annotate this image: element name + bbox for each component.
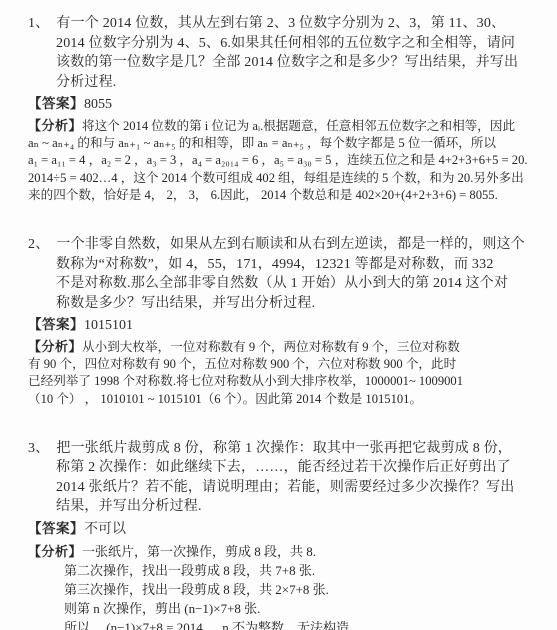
analysis-line: 【分析】一张纸片，第一次操作，剪成 8 段，共 8. (28, 542, 543, 561)
analysis-line: 所以， (n−1)×7+8 = 2014 ， n 不为整数，无法构造. (28, 618, 543, 630)
answer-value: 8055 (84, 97, 112, 112)
question-line: 不是对称数.那么全部非零自然数（从 1 开始）从小到大的第 2014 这个对 (28, 274, 543, 294)
analysis-block: 【分析】一张纸片，第一次操作，剪成 8 段，共 8. 第二次操作，找出一段剪成 … (28, 542, 543, 630)
analysis-line: （10 个） ， 1010101 ~ 1015101（6 个）。因此第 2014… (28, 391, 543, 408)
analysis-line: 已经列举了 1998 个对称数.将七位对称数从小到大排序枚举，1000001~ … (28, 373, 543, 390)
analysis-line: aₙ ~ aₙ₊₄ 的和与 aₙ₊₁ ~ aₙ₊₅ 的和相等，即 aₙ = aₙ… (28, 135, 543, 152)
analysis-line: a₁ = a₁₁ = 4 ，a₂ = 2 ，a₃ = 3 ，a₄ = a₂₀₁₄… (28, 152, 543, 169)
question-line: 称数是多少？写出结果，并写出分析过程. (28, 294, 543, 314)
analysis-block: 【分析】将这个 2014 位数的第 i 位记为 aᵢ.根据题意，任意相邻五位数字… (28, 117, 543, 204)
analysis-text: 一张纸片，第一次操作，剪成 8 段，共 8. (82, 544, 316, 559)
question-line: 结果，并写出分析过程. (28, 497, 543, 517)
question-text: 把一张纸片裁剪成 8 份，称第 1 次操作：取其中一张再把它裁剪成 8 份， (56, 441, 512, 456)
answer-value: 1015101 (84, 318, 133, 333)
question-line: 分析过程. (28, 73, 543, 93)
question-line: 数称为“对称数”，如 4，55，171，4994，12321 等都是对称数，而 … (28, 255, 543, 275)
analysis-line: 第二次操作，找出一段剪成 8 段，共 7+8 张. (28, 561, 543, 580)
question-line: 1、有一个 2014 位数，其从左到右第 2、3 位数字分别为 2、3，第 11… (28, 14, 543, 34)
answer-line: 【答案】不可以 (28, 519, 543, 540)
answer-value: 不可以 (84, 522, 126, 537)
answer-line: 【答案】1015101 (28, 315, 543, 336)
analysis-line: 有 90 个，四位对称数有 90 个，五位对称数 900 个，六位对称数 900… (28, 356, 543, 373)
document-page: 1、有一个 2014 位数，其从左到右第 2、3 位数字分别为 2、3，第 11… (0, 0, 557, 630)
analysis-line: 2014÷5 = 402…4 ，这个 2014 个数可组成 402 组，每组是连… (28, 170, 543, 187)
question-line: 3、把一张纸片裁剪成 8 份，称第 1 次操作：取其中一张再把它裁剪成 8 份， (28, 439, 543, 459)
analysis-label: 【分析】 (28, 544, 82, 559)
analysis-text: 从小到大枚举，一位对称数有 9 个，两位对称数有 9 个，三位对称数 (82, 340, 460, 354)
problem-number: 3、 (28, 441, 56, 456)
answer-line: 【答案】8055 (28, 94, 543, 115)
question-line: 2014 张纸片？若不能，请说明理由；若能，则需要经过多少次操作？写出 (28, 478, 543, 498)
analysis-text: 将这个 2014 位数的第 i 位记为 aᵢ.根据题意，任意相邻五位数字之和相等… (82, 119, 515, 133)
analysis-label: 【分析】 (28, 118, 82, 133)
question-text: 有一个 2014 位数，其从左到右第 2、3 位数字分别为 2、3，第 11、3… (56, 16, 505, 31)
problem-number: 2、 (28, 237, 56, 252)
analysis-line: 来的四个数，恰好是 4， 2， 3， 6.因此， 2014 个数总和是 402×… (28, 187, 543, 204)
analysis-line: 【分析】从小到大枚举，一位对称数有 9 个，两位对称数有 9 个，三位对称数 (28, 338, 543, 356)
analysis-line: 【分析】将这个 2014 位数的第 i 位记为 aᵢ.根据题意，任意相邻五位数字… (28, 117, 543, 135)
analysis-block: 【分析】从小到大枚举，一位对称数有 9 个，两位对称数有 9 个，三位对称数 有… (28, 338, 543, 408)
answer-label: 【答案】 (28, 521, 84, 536)
problem-1: 1、有一个 2014 位数，其从左到右第 2、3 位数字分别为 2、3，第 11… (28, 14, 543, 204)
question-line: 2、一个非零自然数，如果从左到右顺读和从右到左逆读，都是一样的，则这个 (28, 235, 543, 255)
analysis-line: 则第 n 次操作，剪出 (n−1)×7+8 张. (28, 599, 543, 618)
analysis-label: 【分析】 (28, 339, 82, 354)
problem-number: 1、 (28, 16, 56, 31)
problem-2: 2、一个非零自然数，如果从左到右顺读和从右到左逆读，都是一样的，则这个 数称为“… (28, 235, 543, 408)
question-line: 称第 2 次操作：如此继续下去，……，能否经过若干次操作后正好剪出了 (28, 458, 543, 478)
answer-label: 【答案】 (28, 96, 84, 111)
question-text: 一个非零自然数，如果从左到右顺读和从右到左逆读，都是一样的，则这个 (56, 237, 525, 252)
question-line: 该数的第一位数字是几？全部 2014 位数字之和是多少？写出结果，并写出 (28, 53, 543, 73)
analysis-line: 第三次操作，找出一段剪成 8 段，共 2×7+8 张. (28, 580, 543, 599)
question-line: 2014 位数字分别为 4、5、6.如果其任何相邻的五位数字之和全相等，请问 (28, 34, 543, 54)
problem-3: 3、把一张纸片裁剪成 8 份，称第 1 次操作：取其中一张再把它裁剪成 8 份，… (28, 439, 543, 630)
answer-label: 【答案】 (28, 317, 84, 332)
